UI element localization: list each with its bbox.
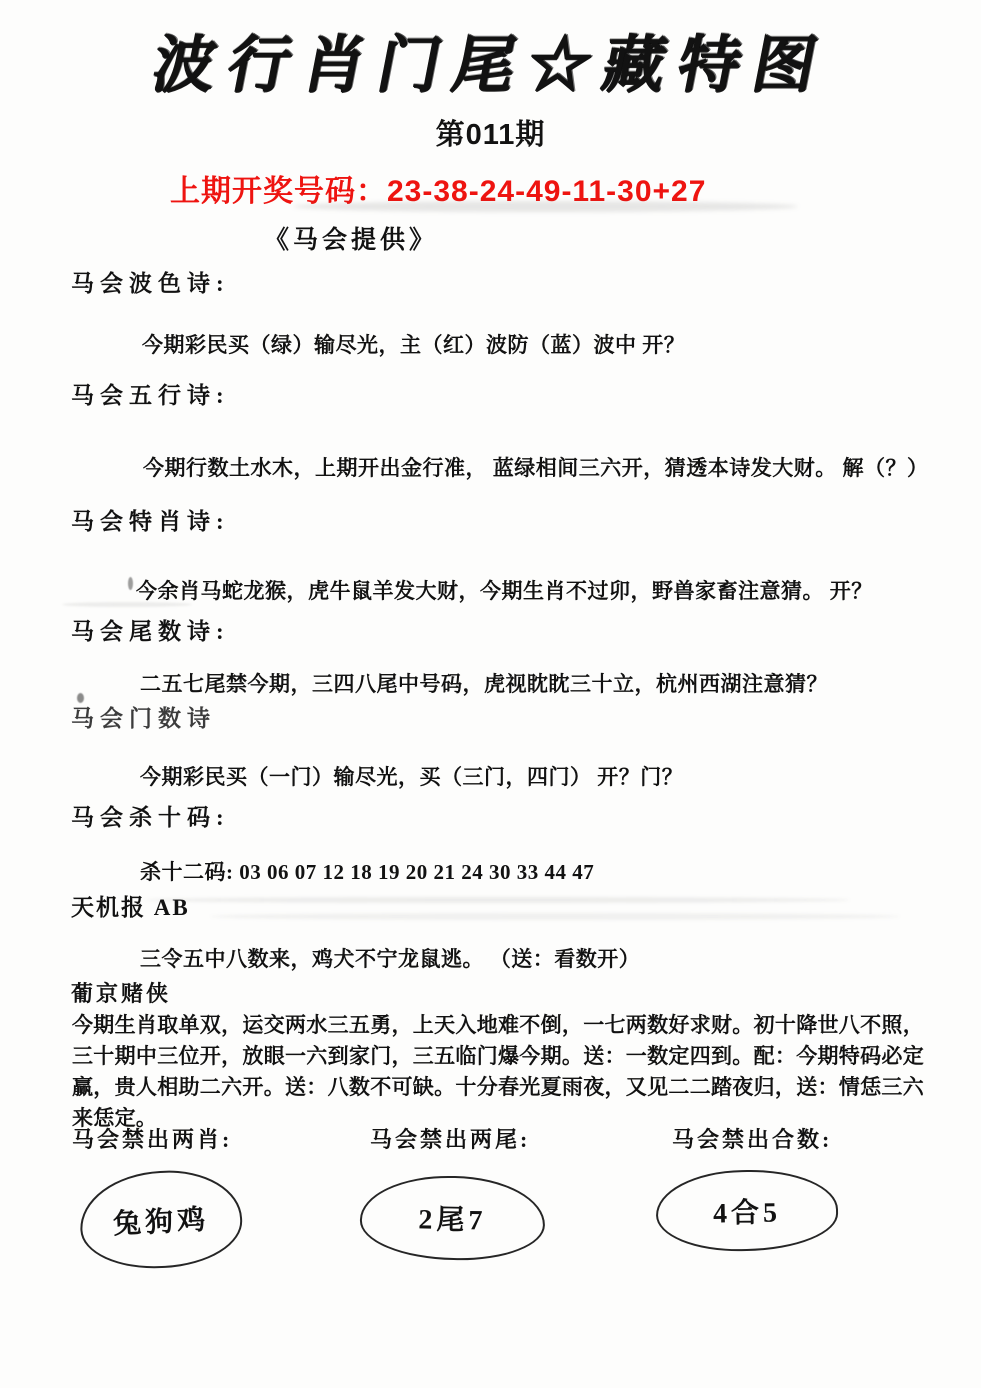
- pujing-line: 今期生肖取单双，运交两水三五勇，上天入地难不倒，一七两数好求财。初十降世八不照，: [72, 1009, 924, 1039]
- forbidden-sum-oval: 4合5: [655, 1168, 838, 1252]
- scan-artifact: [128, 577, 133, 590]
- section-label-shashima: 马会杀十码:: [71, 799, 230, 832]
- section-poem-shashima: 杀十二码: 03 06 07 12 18 19 20 21 24 30 33 4…: [140, 856, 594, 886]
- section-poem-weishu: 二五七尾禁今期，三四八尾中号码，虎视眈眈三十立，杭州西湖注意猜？: [140, 668, 828, 698]
- scan-artifact: [145, 897, 850, 903]
- section-label-texiao: 马会特肖诗:: [71, 503, 230, 536]
- section-poem-bose: 今期彩民买（绿）输尽光，主（红）波防（蓝）波中 开？: [142, 329, 685, 359]
- tip-sheet-page: 波行肖门尾☆藏特图 第011期 上期开奖号码：23-38-24-49-11-30…: [0, 0, 981, 1388]
- forbidden-zodiac-oval: 兔狗鸡: [78, 1167, 245, 1272]
- forbidden-zodiac-label: 马会禁出两肖:: [72, 1123, 232, 1154]
- pujing-label: 葡京赌侠: [71, 977, 171, 1008]
- forbidden-zodiac-value: 兔狗鸡: [112, 1197, 210, 1242]
- issue-number: 第011期: [0, 112, 981, 153]
- section-poem-texiao: 今余肖马蛇龙猴，虎牛鼠羊发大财，今期生肖不过卯，野兽家畜注意猜。 开？: [136, 575, 873, 605]
- section-label-tianjibao: 天机报 AB: [71, 889, 190, 922]
- scan-artifact: [210, 913, 900, 920]
- pujing-line: 三十期中三位开，放眼一六到家门，三五临门爆今期。送：一数定四到。配：今期特码必定: [72, 1040, 924, 1070]
- section-label-weishu: 马会尾数诗:: [71, 613, 230, 646]
- section-poem-wuxing: 今期行数土水木，上期开出金行准， 蓝绿相间三六开，猜透本诗发大财。 解（？）: [143, 452, 929, 482]
- section-label-menshu: 马会门数诗: [71, 700, 216, 733]
- section-poem-menshu: 今期彩民买（一门）输尽光，买（三门，四门） 开？门？: [140, 761, 683, 791]
- forbidden-tail-value: 2尾7: [418, 1197, 487, 1238]
- forbidden-sum-label: 马会禁出合数:: [672, 1123, 832, 1154]
- section-label-bose: 马会波色诗:: [71, 265, 230, 298]
- forbidden-tail-oval: 2尾7: [359, 1174, 545, 1261]
- section-poem-tianjibao: 三令五中八数来，鸡犬不宁龙鼠逃。 （送：看数开）: [140, 943, 640, 973]
- pujing-line: 赢，贵人相助二六开。送：八数不可缺。十分春光夏雨夜，又见二二踏夜归，送：情恁三六: [72, 1071, 924, 1101]
- forbidden-sum-value: 4合5: [713, 1190, 782, 1231]
- last-draw-numbers: 上期开奖号码：23-38-24-49-11-30+27: [170, 166, 706, 210]
- provider-note: 《马会提供》: [264, 220, 438, 256]
- forbidden-tail-label: 马会禁出两尾:: [370, 1123, 530, 1154]
- section-label-wuxing: 马会五行诗:: [71, 377, 230, 410]
- page-title: 波行肖门尾☆藏特图: [0, 26, 981, 107]
